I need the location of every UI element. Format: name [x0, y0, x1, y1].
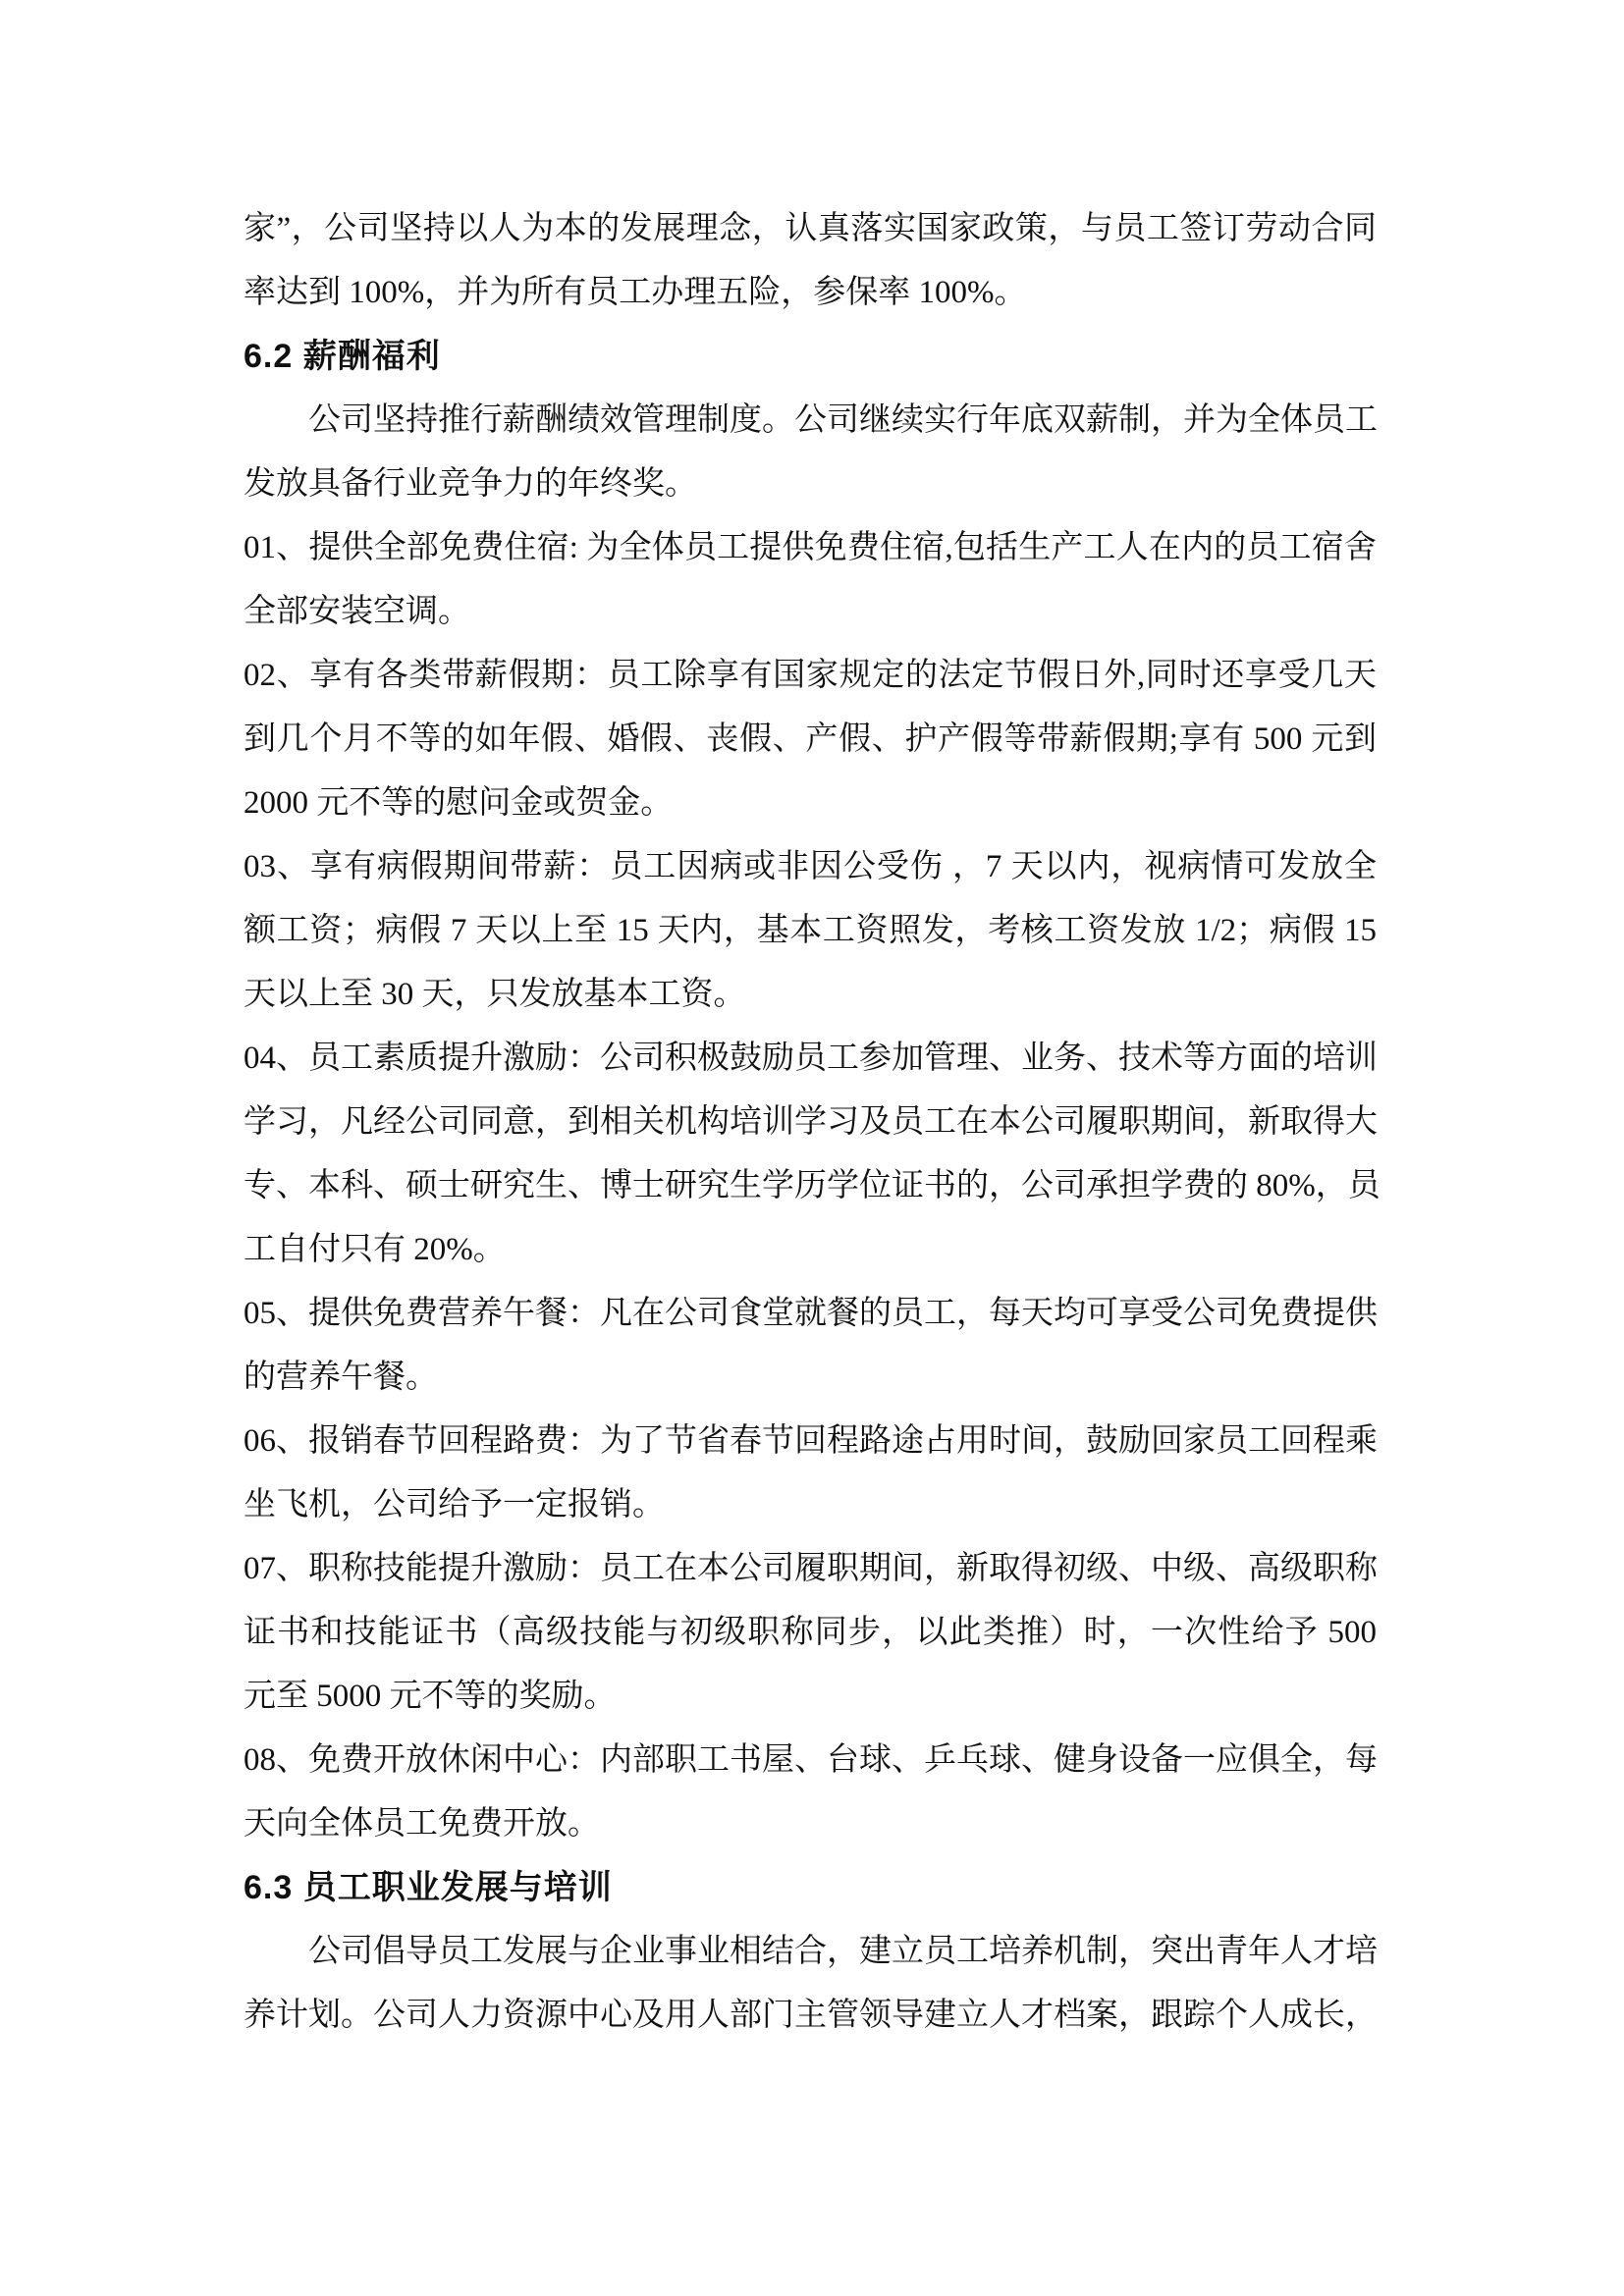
text-line: 额工资；病假 7 天以上至 15 天内，基本工资照发，考核工资发放 1/2；病假… [244, 899, 1377, 963]
text-line: 证书和技能证书（高级技能与初级职称同步，以此类推）时，一次性给予 500 [244, 1601, 1377, 1665]
text-line: 天向全体员工免费开放。 [244, 1792, 1377, 1856]
text-line: 全部安装空调。 [244, 580, 1377, 644]
text-line: 专、本科、硕士研究生、博士研究生学历学位证书的，公司承担学费的 80%，员 [244, 1154, 1377, 1218]
text-line: 08、免费开放休闲中心：内部职工书屋、台球、乒乓球、健身设备一应俱全，每 [244, 1729, 1377, 1792]
document-page: 家”，公司坚持以人为本的发展理念，认真落实国家政策，与员工签订劳动合同 率达到 … [0, 0, 1624, 2296]
text-line: 03、享有病假期间带薪：员工因病或非因公受伤 ，7 天以内，视病情可发放全 [244, 835, 1377, 899]
text-line: 2000 元不等的慰问金或贺金。 [244, 772, 1377, 835]
document-body: 家”，公司坚持以人为本的发展理念，认真落实国家政策，与员工签订劳动合同 率达到 … [244, 197, 1377, 2048]
text-line: 到几个月不等的如年假、婚假、丧假、产假、护产假等带薪假期;享有 500 元到 [244, 708, 1377, 772]
text-line: 坐飞机，公司给予一定报销。 [244, 1473, 1377, 1537]
text-line: 养计划。公司人力资源中心及用人部门主管领导建立人才档案，跟踪个人成长， [244, 1984, 1377, 2048]
text-line: 06、报销春节回程路费：为了节省春节回程路途占用时间，鼓励回家员工回程乘 [244, 1410, 1377, 1473]
text-line: 元至 5000 元不等的奖励。 [244, 1665, 1377, 1729]
text-line: 02、享有各类带薪假期：员工除享有国家规定的法定节假日外,同时还享受几天 [244, 644, 1377, 708]
text-line: 的营养午餐。 [244, 1346, 1377, 1410]
text-line: 07、职称技能提升激励：员工在本公司履职期间，新取得初级、中级、高级职称 [244, 1537, 1377, 1601]
section-heading-6-2: 6.2 薪酬福利 [244, 325, 1377, 389]
text-line: 学习，凡经公司同意，到相关机构培训学习及员工在本公司履职期间，新取得大 [244, 1091, 1377, 1154]
text-line: 率达到 100%，并为所有员工办理五险，参保率 100%。 [244, 261, 1377, 325]
text-line: 工自付只有 20%。 [244, 1218, 1377, 1282]
text-line: 05、提供免费营养午餐：凡在公司食堂就餐的员工，每天均可享受公司免费提供 [244, 1282, 1377, 1346]
text-line: 01、提供全部免费住宿: 为全体员工提供免费住宿,包括生产工人在内的员工宿舍 [244, 516, 1377, 580]
text-line: 天以上至 30 天，只发放基本工资。 [244, 963, 1377, 1027]
text-line: 公司倡导员工发展与企业事业相结合，建立员工培养机制，突出青年人才培 [244, 1920, 1377, 1984]
text-line: 公司坚持推行薪酬绩效管理制度。公司继续实行年底双薪制，并为全体员工 [244, 389, 1377, 453]
text-line: 04、员工素质提升激励：公司积极鼓励员工参加管理、业务、技术等方面的培训 [244, 1027, 1377, 1091]
text-line: 发放具备行业竞争力的年终奖。 [244, 453, 1377, 516]
text-line: 家”，公司坚持以人为本的发展理念，认真落实国家政策，与员工签订劳动合同 [244, 197, 1377, 261]
section-heading-6-3: 6.3 员工职业发展与培训 [244, 1856, 1377, 1920]
